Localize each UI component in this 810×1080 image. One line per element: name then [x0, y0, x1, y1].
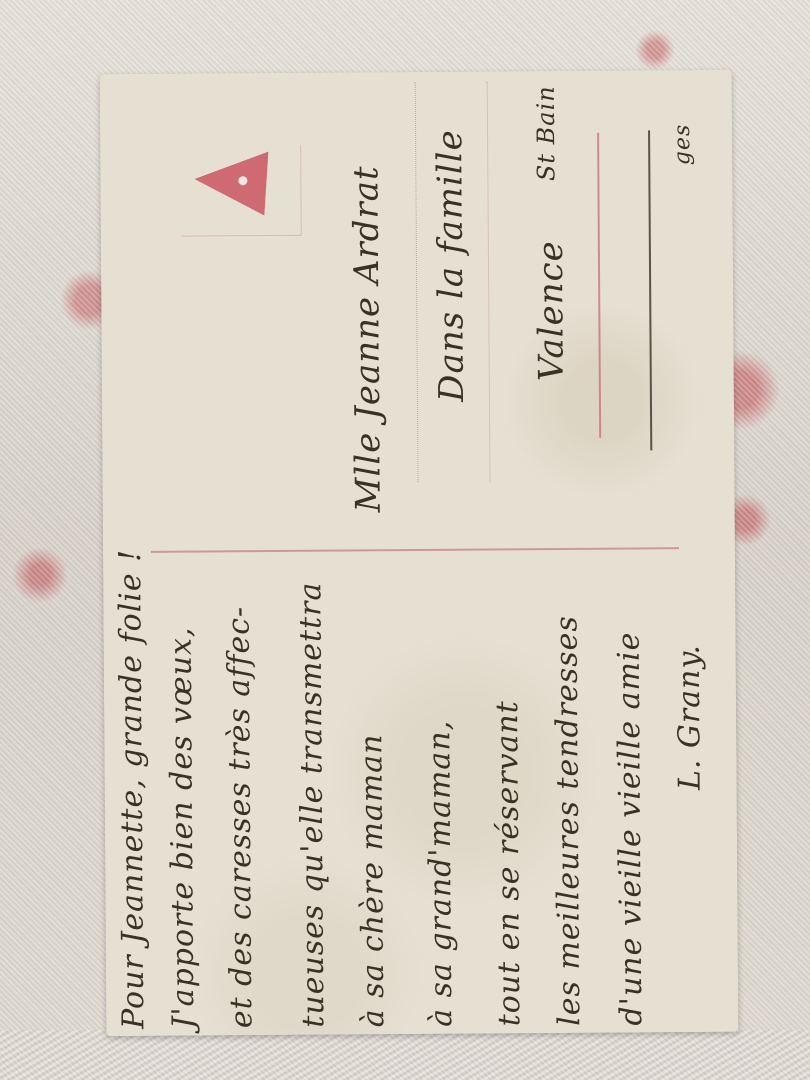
address-rule-3 — [597, 133, 601, 438]
message-line-5: à sa chère maman — [354, 733, 391, 1027]
corner-note: ges — [670, 124, 695, 166]
postcard: Pour Jeannette, grande folie ! J'apporte… — [100, 70, 739, 1036]
address-locality: St Bain — [532, 85, 561, 181]
message-line-6: à sa grand'maman, — [422, 720, 459, 1027]
address-city: Valence — [531, 240, 572, 381]
message-line-1: Pour Jeannette, grande folie ! — [113, 549, 151, 1029]
address-rule-2 — [487, 82, 491, 482]
address-recipient: Mlle Jeanne Ardrat — [346, 165, 388, 512]
stamp-hole — [238, 176, 247, 185]
message-line-8: les meilleures tendresses — [549, 615, 587, 1026]
card-divider-line — [151, 547, 679, 553]
underline-flourish — [648, 130, 652, 450]
message-line-2: J'apporte bien des vœux, — [164, 627, 202, 1029]
message-line-9: d'une vieille vieille amie — [612, 632, 650, 1026]
triangle-stamp-icon — [192, 147, 268, 215]
message-line-3: et des caresses très affec- — [221, 606, 259, 1029]
address-line-family: Dans la famille — [430, 129, 472, 402]
message-line-7: tout en se réservant — [490, 700, 527, 1026]
fabric-background — [0, 1030, 810, 1080]
address-rule-1 — [415, 82, 419, 482]
signature: L. Grany. — [672, 644, 708, 790]
message-line-4: tueuses qu'elle transmettra — [293, 582, 331, 1028]
